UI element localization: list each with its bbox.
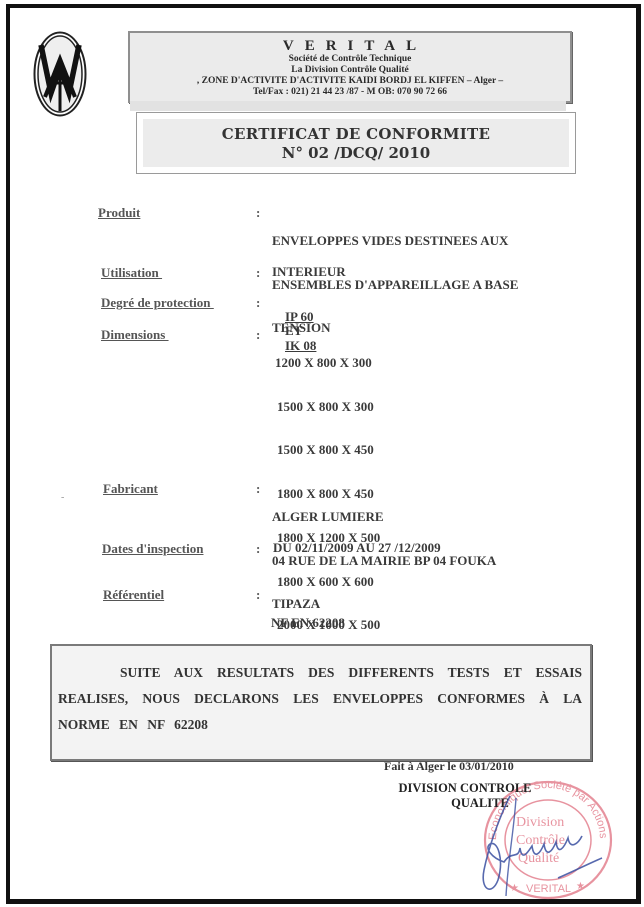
- field-separator: :: [256, 265, 260, 281]
- stray-mark: -: [61, 492, 64, 503]
- field-label-utilisation: Utilisation: [101, 265, 162, 281]
- dimension-item: 1500 X 800 X 450: [275, 443, 380, 458]
- certificate-title: CERTIFICAT DE CONFORMITE: [143, 125, 569, 143]
- dimension-item: 1200 X 800 X 300: [275, 356, 380, 371]
- company-address: , ZONE D'ACTIVITE D'ACTIVITE KAIDI BORDJ…: [130, 76, 570, 87]
- field-separator: :: [256, 205, 260, 221]
- company-contact: Tel/Fax : 021) 21 44 23 /87 - M OB: 070 …: [130, 87, 570, 98]
- field-label-dimensions: Dimensions: [101, 327, 169, 343]
- field-separator: :: [256, 541, 260, 557]
- field-label-dates: Dates d'inspection: [102, 541, 203, 557]
- certificate-number: N° 02 /DCQ/ 2010: [143, 144, 569, 162]
- ip-rating: IP 60: [285, 309, 314, 324]
- company-division: La Division Contrôle Qualité: [130, 65, 570, 76]
- handwritten-signature-icon: [478, 790, 608, 902]
- field-label-fabricant: Fabricant: [103, 481, 158, 497]
- field-value-dates: DU 02/11/2009 AU 27 /12/2009: [273, 541, 441, 556]
- verital-logo-icon: [33, 31, 87, 117]
- dimension-item: 1500 X 800 X 300: [275, 400, 380, 415]
- certificate-title-box: CERTIFICAT DE CONFORMITE N° 02 /DCQ/ 201…: [136, 112, 576, 174]
- declaration-text: SUITE AUX RESULTATS DES DIFFERENTS TESTS…: [58, 660, 582, 738]
- company-subtitle: Société de Contrôle Technique: [130, 54, 570, 65]
- field-separator: :: [256, 327, 260, 343]
- company-name: VERITAL: [130, 38, 570, 54]
- field-separator: :: [256, 295, 260, 311]
- field-label-referentiel: Référentiel: [103, 587, 164, 603]
- company-header: VERITAL Société de Contrôle Technique La…: [128, 31, 572, 103]
- field-label-protection: Degré de protection: [101, 295, 214, 311]
- field-label-produit: Produit: [98, 205, 140, 221]
- field-value-utilisation: INTERIEUR: [272, 265, 346, 280]
- field-separator: :: [256, 481, 260, 497]
- header-shadow-strip: [130, 101, 566, 111]
- declaration-box: SUITE AUX RESULTATS DES DIFFERENTS TESTS…: [50, 644, 592, 761]
- field-separator: :: [256, 587, 260, 603]
